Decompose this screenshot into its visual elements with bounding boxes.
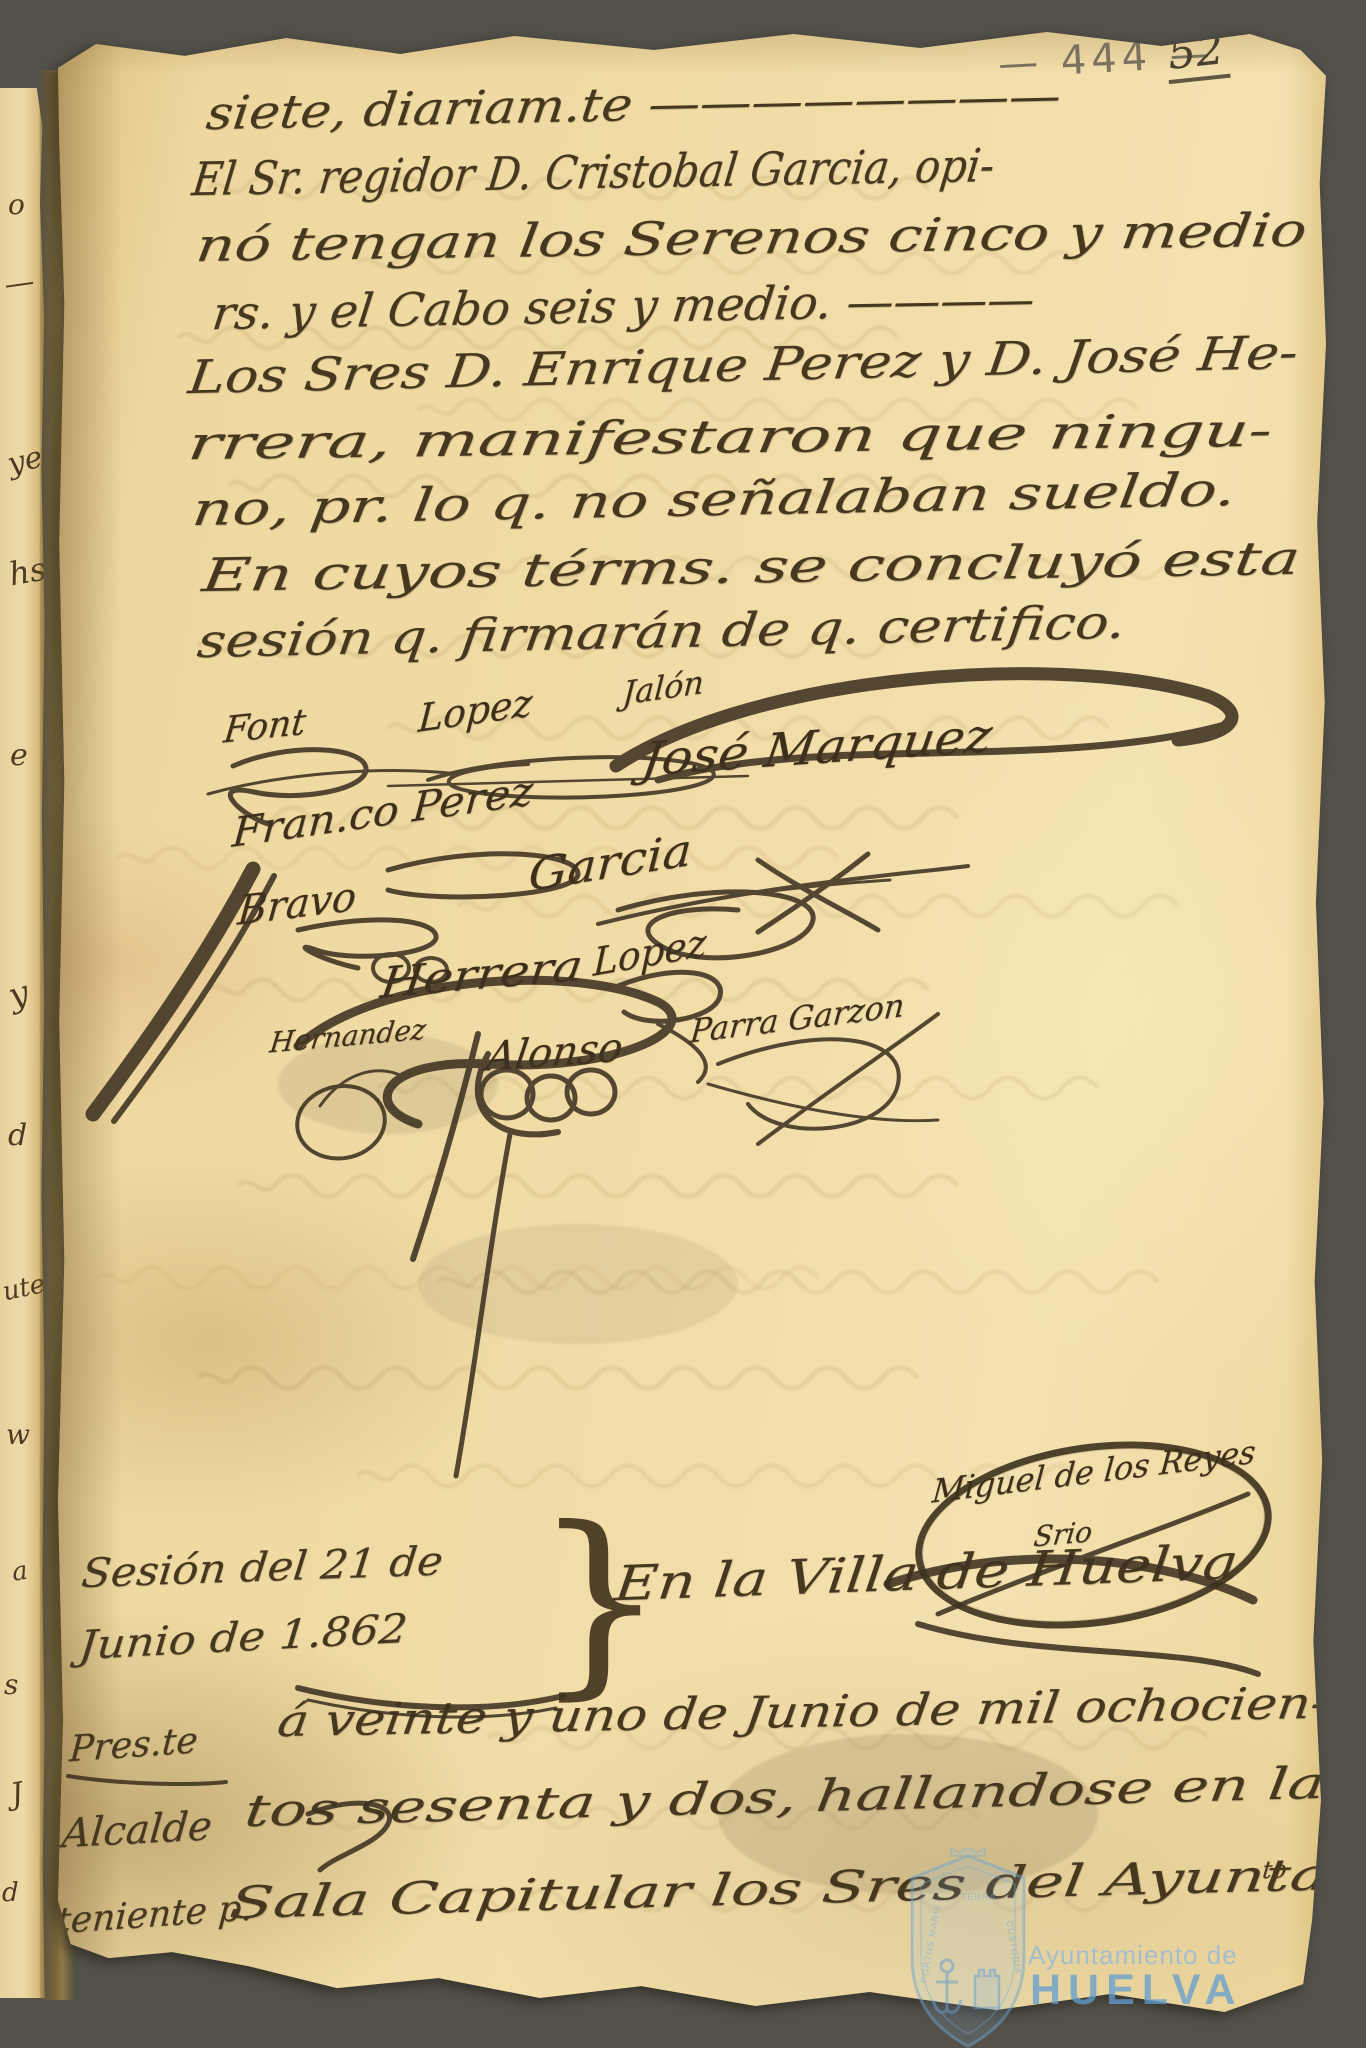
- city-shield-logo: PORTUS MARIS TERRA CUSTODIA: [903, 1848, 1033, 2048]
- bleed-fragment: d: [2, 1878, 19, 1908]
- manuscript-line: Sala Capitular los Sres del Ayuntam: [227, 1848, 1366, 1929]
- crown-icon: [951, 1848, 985, 1856]
- signature: Hernandez: [268, 1012, 428, 1059]
- signature: Lopez: [417, 680, 534, 741]
- signature: Garcia: [527, 824, 693, 902]
- signature: Herrera: [378, 940, 586, 1007]
- bleed-fragment: J: [8, 1776, 26, 1813]
- bleed-fragment: y: [4, 973, 33, 1017]
- bleed-fragment: —: [2, 264, 37, 303]
- manuscript-line: El Sr. regidor D. Cristobal Garcia, opi-: [189, 138, 997, 206]
- bleed-fragment: e: [10, 738, 28, 773]
- margin-attendee: teniente p.: [55, 1887, 254, 1942]
- signature: José Marquez: [638, 708, 995, 787]
- manuscript-line: nó tengan los Serenos cinco y medio: [193, 202, 1310, 272]
- manuscript-line: á veinte y uno de Junio de mil ochocien-: [275, 1678, 1332, 1747]
- watermark-city-name: HUELVA: [1030, 1966, 1242, 2015]
- signature: Font: [222, 701, 308, 751]
- margin-session-date: Sesión del 21 de: [79, 1538, 445, 1597]
- manuscript-page: — 444 — 52 siete, diariam.te ———————— El…: [58, 24, 1326, 2020]
- signature: Lopez: [592, 920, 707, 985]
- manuscript-line: no, pr. lo q. no señalaban sueldo.: [189, 462, 1239, 536]
- bleed-fragment: a: [10, 1556, 30, 1588]
- signature: Fran.co Perez: [231, 768, 535, 857]
- margin-session-date: Junio de 1.862: [77, 1606, 409, 1669]
- bleed-fragment: o: [8, 188, 25, 221]
- margin-attendee: Pres.te: [68, 1720, 199, 1770]
- manuscript-line: tos sesenta y dos, hallandose en la: [242, 1758, 1328, 1837]
- manuscript-line: rs. y el Cabo seis y medio. ————: [209, 272, 1038, 340]
- signature: Parra Garzon: [689, 986, 906, 1051]
- folio-number-ink: 52: [1163, 23, 1230, 84]
- shield-motto-top: TERRA: [961, 1892, 997, 1902]
- manuscript-page-wrap: — 444 — 52 siete, diariam.te ———————— El…: [58, 24, 1326, 2020]
- archive-photo: { "folio": { "pencil_number": "— 444 —",…: [0, 0, 1366, 2048]
- signature: Bravo: [236, 873, 358, 934]
- bleed-fragment: d: [8, 1118, 27, 1153]
- manuscript-line: rrera, manifestaron que ningu-: [185, 403, 1276, 470]
- superscript-abbreviation: to: [1261, 1855, 1288, 1884]
- signature: Alonso: [483, 1025, 625, 1081]
- manuscript-line: En cuyos térms. se concluyó esta: [199, 531, 1303, 602]
- manuscript-line: sesión q. firmarán de q. certifico.: [195, 595, 1129, 669]
- bleed-fragment: s: [4, 1668, 18, 1701]
- margin-attendee: Alcalde: [60, 1803, 214, 1857]
- signature: Jalón: [621, 663, 705, 713]
- bleed-fragment: w: [6, 1418, 30, 1451]
- tower-icon: [975, 1970, 999, 2008]
- manuscript-line: siete, diariam.te ————————: [204, 68, 1065, 140]
